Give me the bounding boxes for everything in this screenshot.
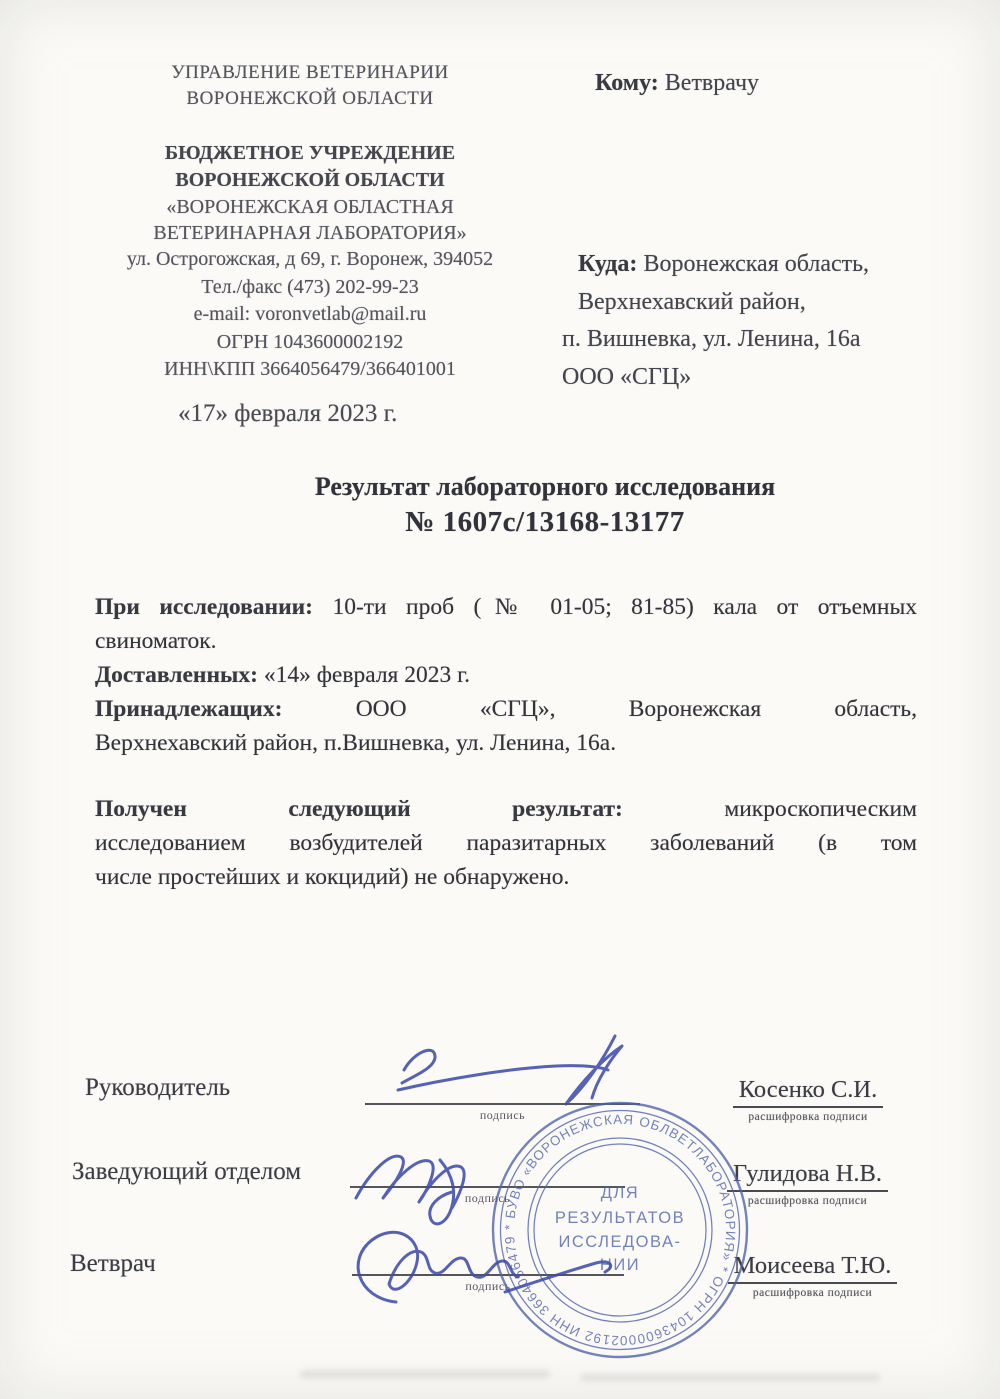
stamp-ring-text: * БУВО «ВОРОНЕЖСКАЯ ОБЛВЕТЛАБОРАТОРИЯ» *… <box>502 1112 738 1348</box>
lab-stamp: * БУВО «ВОРОНЕЖСКАЯ ОБЛВЕТЛАБОРАТОРИЯ» *… <box>493 1103 747 1357</box>
signature-ink-director <box>398 1036 622 1104</box>
ink-overlay: * БУВО «ВОРОНЕЖСКАЯ ОБЛВЕТЛАБОРАТОРИЯ» *… <box>0 0 1000 1399</box>
svg-text:* БУВО «ВОРОНЕЖСКАЯ ОБЛВЕТЛАБО: * БУВО «ВОРОНЕЖСКАЯ ОБЛВЕТЛАБОРАТОРИЯ» *… <box>502 1112 738 1348</box>
document-page: УПРАВЛЕНИЕ ВЕТЕРИНАРИИ ВОРОНЕЖСКОЙ ОБЛАС… <box>0 0 1000 1399</box>
stamp-center-line: ИССЛЕДОВА- <box>559 1233 682 1251</box>
signature-ink-head-of-dept <box>356 1156 464 1224</box>
stamp-center-line: РЕЗУЛЬТАТОВ <box>555 1209 685 1227</box>
stamp-center-line: ДЛЯ <box>601 1184 639 1202</box>
